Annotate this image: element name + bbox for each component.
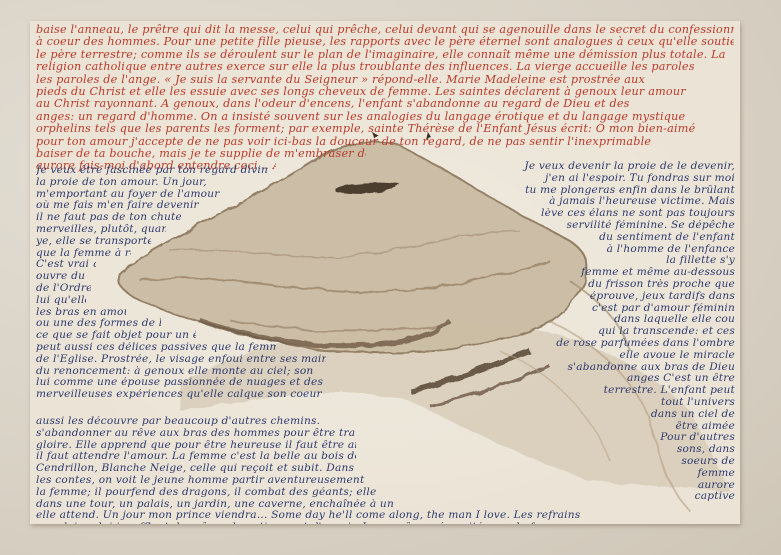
- blue-text-line: la fillette s'y: [470, 255, 735, 267]
- blue-text-line: les bras en amour: [36, 307, 126, 319]
- blue-handwritten-text-bottom: aussi les découvre par beaucoup d'autres…: [36, 416, 734, 524]
- red-text-line: anges: un regard d'homme. On a insisté s…: [36, 111, 734, 123]
- blue-text-line: merveilles, plutôt, quand le: [36, 224, 166, 236]
- blue-text-line: anges C'est un être: [470, 373, 735, 385]
- red-text-line: à coeur des hommes. Pour une petite fill…: [36, 36, 734, 48]
- blue-text-line: Je veux être fascinée par ton regard div…: [36, 165, 281, 177]
- blue-text-line: du frisson très proche que: [470, 279, 735, 291]
- blue-text-line: j'en ai l'espoir. Tu fondras sur moi: [470, 173, 735, 185]
- red-text-line: religion catholique entre autres exerce …: [36, 61, 734, 73]
- blue-text-line: C'est vrai que: [36, 259, 96, 271]
- blue-text-line: ouvre du ciel: [36, 271, 86, 283]
- blue-handwritten-text-left: Je veux être fascinée par ton regard div…: [36, 165, 281, 401]
- red-text-line: baise l'anneau, le prêtre qui dit la mes…: [36, 24, 734, 36]
- blue-text-line: lui qu'elle: [36, 295, 86, 307]
- blue-text-line: qui la transcende: et ces: [470, 326, 735, 338]
- blue-text-line: s'abandonne aux bras de Dieu: [470, 362, 735, 374]
- blue-text-line: elle attend. Un jour mon prince viendra.…: [36, 510, 734, 522]
- blue-text-line: lui comme une épouse passionnée de nuage…: [36, 377, 336, 389]
- blue-text-line: elle avoue le miracle: [470, 350, 735, 362]
- blue-text-line: peut aussi ces délices passives que la f…: [36, 342, 276, 354]
- blue-text-line: servilité féminine. Se dépêche: [470, 220, 735, 232]
- blue-text-line: tout l'univers: [470, 397, 735, 409]
- blue-text-line: lève ces élans ne sont pas toujours: [470, 208, 735, 220]
- blue-text-line: ou une des formes de l'église: [36, 318, 161, 330]
- blue-text-line: éprouve, jeux tardifs dans: [470, 291, 735, 303]
- blue-text-line: dans une tour, un palais, un jardin, une…: [36, 499, 396, 511]
- blue-text-line: c'est par d'amour féminin: [470, 303, 735, 315]
- red-text-line: orphelins tels que les parents les forme…: [36, 123, 734, 135]
- blue-text-line: que la femme à rôle: [36, 248, 131, 260]
- blue-text-line: Cendrillon, Blanche Neige, celle qui reç…: [36, 463, 356, 475]
- red-text-line: baiser de ta bouche, mais je te supplie …: [36, 148, 366, 160]
- blue-text-line: il ne faut pas de ton chute: [36, 212, 181, 224]
- blue-text-line: gloire. Elle apprend que pour être heure…: [36, 440, 356, 452]
- blue-text-line: femme et même au-dessous: [470, 267, 735, 279]
- blue-text-line: aussi les découvre par beaucoup d'autres…: [36, 416, 356, 428]
- blue-text-line: où me fais m'en faire devenir: [36, 200, 206, 212]
- blue-text-line: Je veux devenir la proie de le devenir,: [470, 161, 735, 173]
- blue-text-line: tu me plongeras enfin dans le brûlant: [470, 185, 735, 197]
- blue-text-line: la femme; il pourfend des dragons, il co…: [36, 487, 376, 499]
- blue-text-line: terrestre. L'enfant peut: [470, 385, 735, 397]
- red-text-line: pieds du Christ et elle les essuie avec …: [36, 86, 734, 98]
- blue-text-line: à l'homme de l'enfance: [470, 244, 735, 256]
- blue-text-line: merveilleuses expériences qu'elle calque…: [36, 389, 336, 401]
- red-text-line: les paroles de l'ange. « Je suis la serv…: [36, 74, 734, 86]
- blue-text-line: de l'Ordre dont: [36, 283, 91, 295]
- red-text-line: le père terrestre; comme ils se déroulen…: [36, 49, 734, 61]
- red-handwritten-text: baise l'anneau, le prêtre qui dit la mes…: [36, 24, 734, 173]
- blue-text-line: à jamais l'heureuse victime. Mais: [470, 196, 735, 208]
- blue-text-line: de rose parfumées dans l'ombre: [470, 338, 735, 350]
- blue-text-line: ye, elle se transporte: [36, 236, 151, 248]
- blue-text-line: s'abandonner au rêve aux bras des hommes…: [36, 428, 356, 440]
- red-text-line: au Christ rayonnant. A genoux, dans l'od…: [36, 98, 734, 110]
- blue-text-line: de l'Église. Prostrée, le visage enfoui …: [36, 354, 326, 366]
- blue-text-line: les contes, on voit le jeune homme parti…: [36, 475, 366, 487]
- blue-text-line: du sentiment de l'enfant: [470, 232, 735, 244]
- blue-text-line: m'emportant au foyer de l'amour: [36, 189, 231, 201]
- artwork-paper: baise l'anneau, le prêtre qui dit la mes…: [30, 21, 740, 524]
- blue-text-line: il faut attendre l'amour. La femme c'est…: [36, 451, 356, 463]
- red-text-line: pour ton amour j'accepte de ne pas voir …: [36, 136, 734, 148]
- blue-text-line: dans laquelle elle cou: [470, 314, 735, 326]
- blue-text-line: du renoncement: à genoux elle monte au c…: [36, 366, 336, 378]
- blue-text-line: ce que se fait objet pour un être: [36, 330, 196, 342]
- blue-text-line: la proie de ton amour. Un jour,: [36, 177, 281, 189]
- blue-text-line: populaires lui insufflent des rêves de p…: [36, 522, 734, 524]
